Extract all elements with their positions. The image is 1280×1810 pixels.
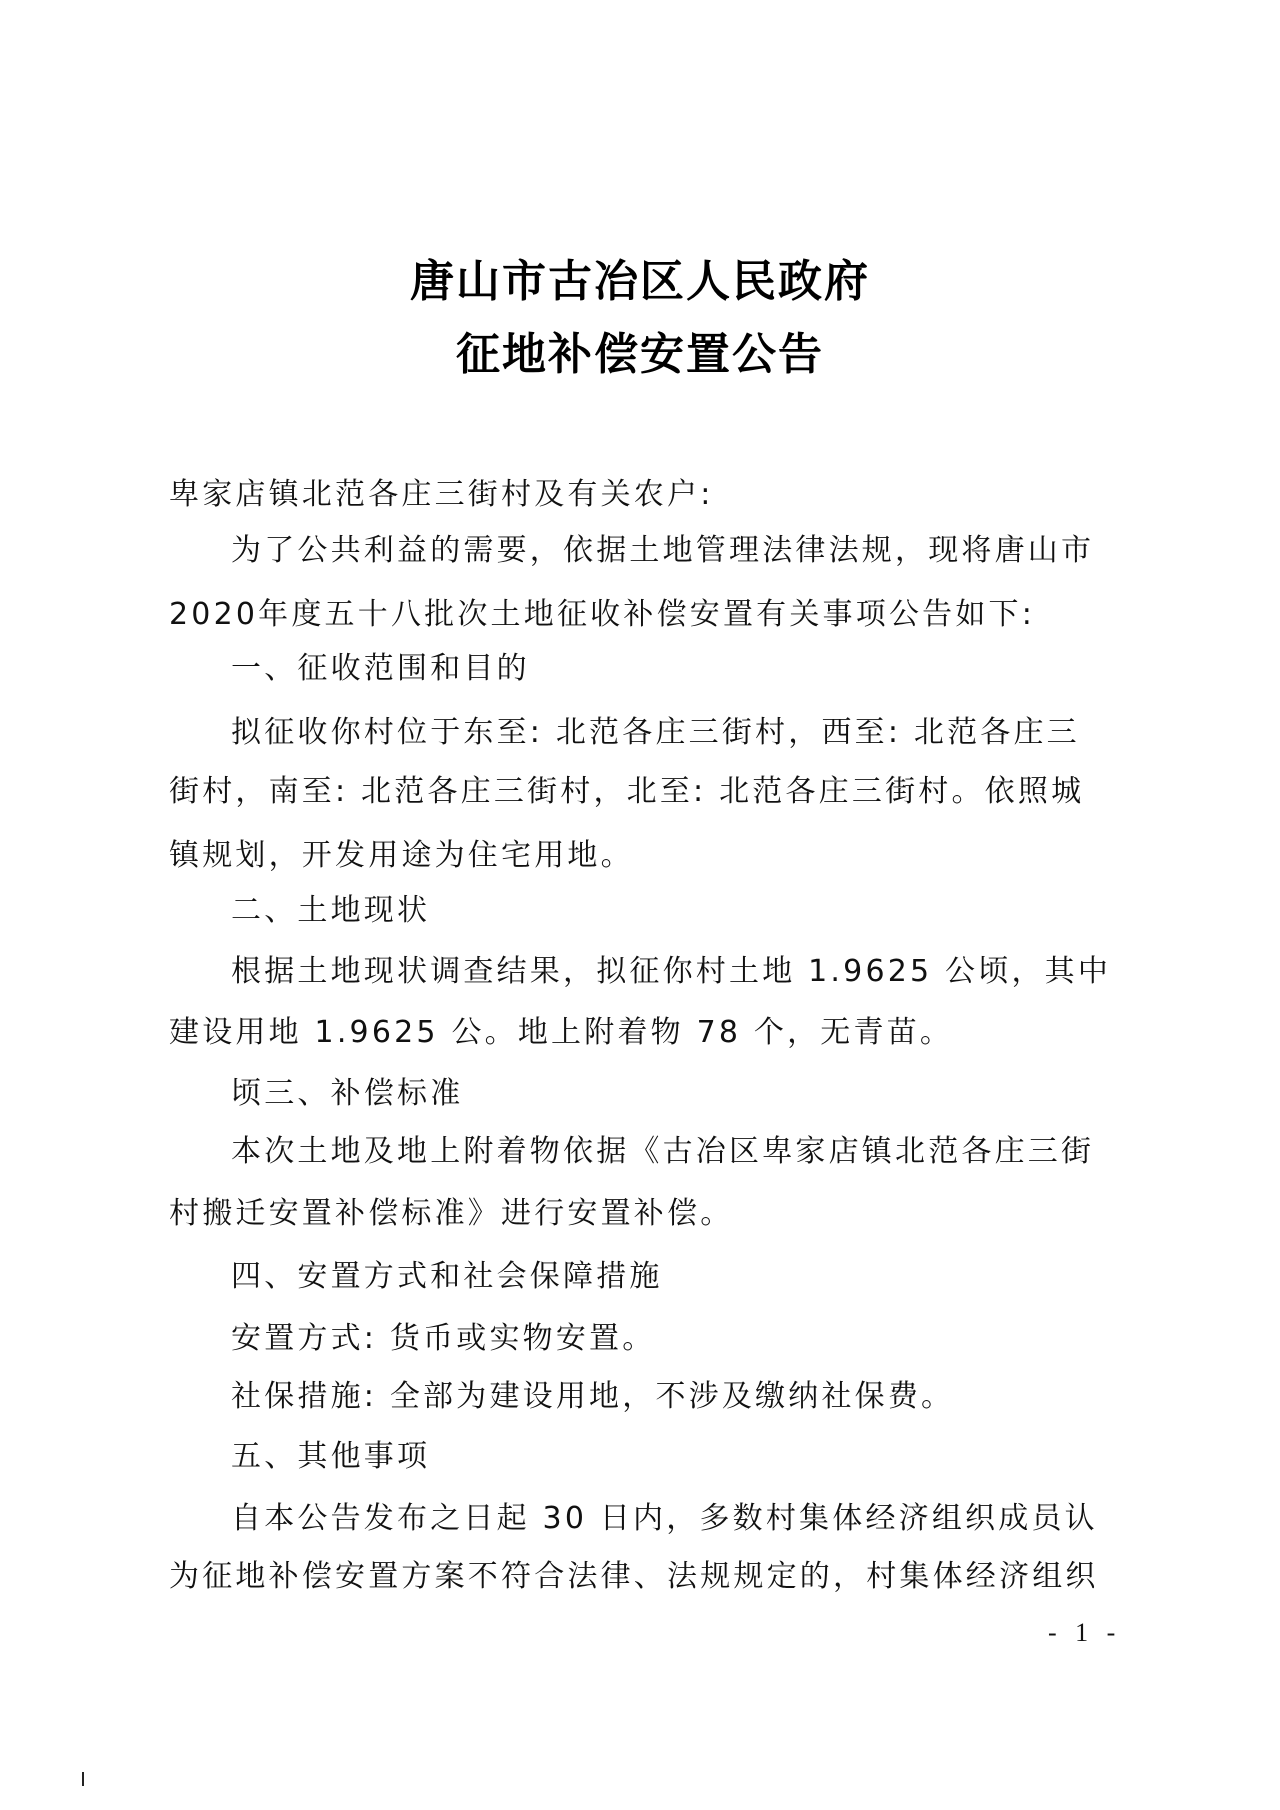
paragraph-line: 2020年度五十八批次土地征收补偿安置有关事项公告如下: <box>169 595 1124 635</box>
section-heading-compensation: 顷三、补偿标准 <box>231 1074 1186 1114</box>
paragraph-line: 村搬迁安置补偿标准》进行安置补偿。 <box>169 1194 1124 1234</box>
addressee: 卑家店镇北范各庄三街村及有关农户: <box>169 475 1124 515</box>
paragraph-line: 本次土地及地上附着物依据《古冶区卑家店镇北范各庄三街 <box>231 1132 1186 1172</box>
paragraph-line: 拟征收你村位于东至: 北范各庄三街村，西至: 北范各庄三 <box>231 713 1186 753</box>
section-heading-scope: 一、征收范围和目的 <box>231 649 1186 689</box>
paragraph-line: 建设用地 1.9625 公。地上附着物 78 个，无青苗。 <box>169 1013 1124 1053</box>
paragraph-line: 自本公告发布之日起 30 日内，多数村集体经济组织成员认 <box>231 1499 1186 1539</box>
page-number: - 1 - <box>1048 1618 1121 1648</box>
paragraph-line: 根据土地现状调查结果，拟征你村土地 1.9625 公顷，其中 <box>231 952 1186 992</box>
paragraph-line: 安置方式: 货币或实物安置。 <box>231 1319 1186 1359</box>
section-heading-other: 五、其他事项 <box>231 1437 1186 1477</box>
section-heading-land-status: 二、土地现状 <box>231 891 1186 931</box>
paragraph-line: 为了公共利益的需要，依据土地管理法律法规，现将唐山市 <box>231 531 1186 571</box>
document-title-line-1: 唐山市古冶区人民政府 <box>0 245 1280 309</box>
section-heading-resettlement: 四、安置方式和社会保障措施 <box>231 1257 1186 1297</box>
paragraph-line: 镇规划，开发用途为住宅用地。 <box>169 836 1124 876</box>
scan-mark <box>82 1772 84 1786</box>
paragraph-line: 社保措施: 全部为建设用地，不涉及缴纳社保费。 <box>231 1377 1186 1417</box>
paragraph-line: 为征地补偿安置方案不符合法律、法规规定的，村集体经济组织 <box>169 1557 1124 1597</box>
paragraph-line: 街村，南至: 北范各庄三街村，北至: 北范各庄三街村。依照城 <box>169 772 1124 812</box>
document-title-line-2: 征地补偿安置公告 <box>0 318 1280 382</box>
